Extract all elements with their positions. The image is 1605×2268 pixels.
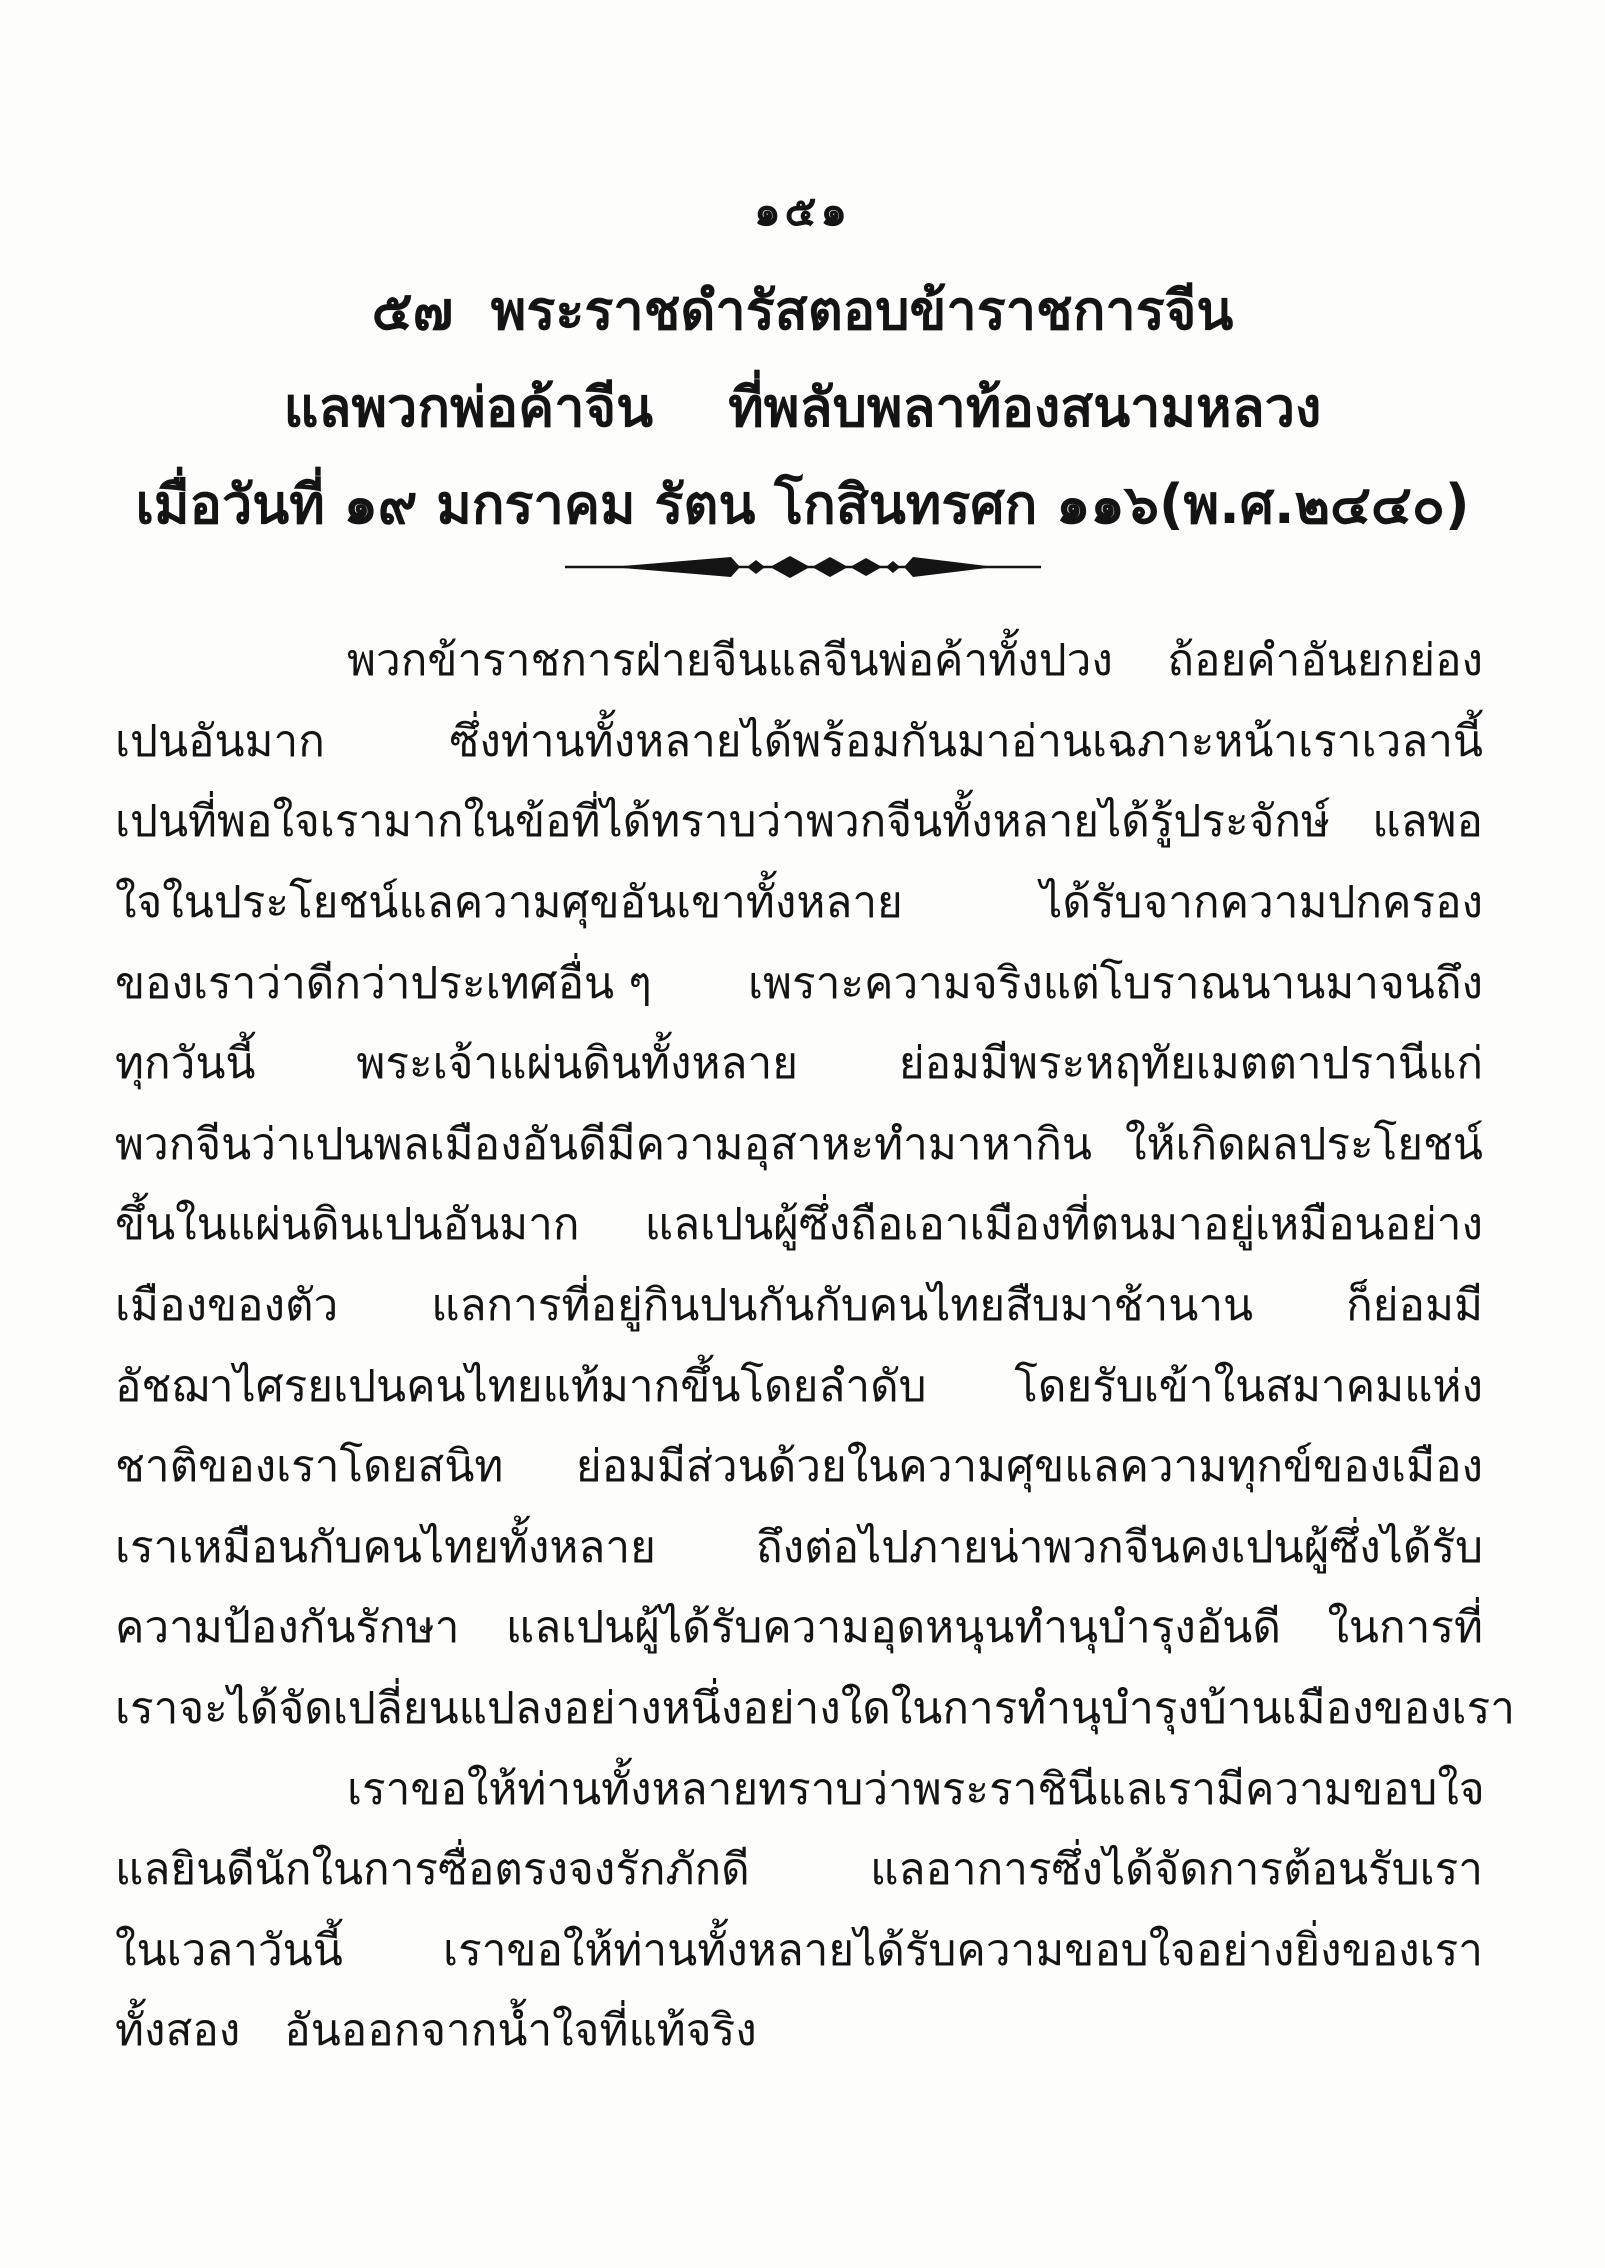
text-segment: เราขอให้ท่านทั้งหลายทราบว่า: [347, 1754, 913, 1824]
body-text-line: อัชฌาไศรยเปนคนไทยแท้มากขึ้นโดยลำดับโดยรั…: [115, 1345, 1483, 1426]
text-segment: อัชฌาไศรยเปนคนไทยแท้มากขึ้นโดยลำดับ: [115, 1351, 927, 1421]
text-segment: ถ้อยคำอันยกย่อง: [1167, 625, 1483, 695]
body-text-line: ทุกวันนี้พระเจ้าแผ่นดินทั้งหลายย่อมมีพระ…: [115, 1023, 1483, 1104]
divider-rule-icon: [563, 552, 1043, 582]
body-text-line: ใจในประโยชน์แลความศุขอันเขาทั้งหลายได้รั…: [115, 862, 1483, 943]
body-text-line: ทั้งสองอันออกจากน้ำใจที่แท้จริง: [115, 1990, 1483, 2071]
text-segment: พระราชินีแลเรามีความขอบใจ: [913, 1754, 1485, 1824]
text-segment: ในการที่: [1327, 1592, 1483, 1662]
text-segment: ทั้งสอง: [115, 1995, 240, 2065]
text-segment: แลพอ: [1372, 786, 1483, 856]
body-text-line: ขึ้นในแผ่นดินเปนอันมากแลเปนผู้ซึ่งถือเอา…: [115, 1184, 1483, 1265]
text-segment: ก็ย่อมมี: [1346, 1270, 1483, 1340]
body-text-line: พวกข้าราชการฝ่ายจีนแลจีนพ่อค้าทั้งปวงถ้อ…: [115, 620, 1483, 701]
text-segment: เราขอให้ท่านทั้งหลายได้รับความขอบใจอย่าง…: [443, 1915, 1483, 1985]
text-segment: ถึงต่อไปภายน่าพวกจีนคงเปนผู้ซึ่งได้รับ: [756, 1512, 1483, 1582]
document-page: ๑๕๑ ๕๗ พระราชดำรัสตอบข้าราชการจีน แลพวกพ…: [0, 0, 1605, 2268]
text-segment: ซึ่งท่านทั้งหลายได้พร้อมกันมาอ่านเฉภาะหน…: [449, 706, 1483, 776]
text-segment: เพราะความจริงแต่โบราณนานมาจนถึง: [748, 948, 1483, 1018]
body-text-line: เปนที่พอใจเรามากในข้อที่ได้ทราบว่าพวกจีน…: [115, 781, 1483, 862]
text-segment: เมืองของตัว: [115, 1270, 338, 1340]
text-segment: เราจะได้จัดเปลี่ยนแปลงอย่างหนึ่งอย่างใดใ…: [115, 1673, 1515, 1743]
title-line-2: แลพวกพ่อค้าจีน ที่พลับพลาท้องสนามหลวง: [0, 359, 1605, 456]
body-lines: พวกข้าราชการฝ่ายจีนแลจีนพ่อค้าทั้งปวงถ้อ…: [115, 620, 1483, 2071]
title-line-1: ๕๗ พระราชดำรัสตอบข้าราชการจีน: [0, 262, 1605, 359]
text-segment: พวกจีนว่าเปนพลเมืองอันดีมีความอุสาหะทำมา…: [115, 1109, 1092, 1179]
text-segment: ชาติของเราโดยสนิท: [115, 1431, 503, 1501]
text-segment: โดยรับเข้าในสมาคมแห่ง: [1014, 1351, 1483, 1421]
text-segment: ของเราว่าดีกว่าประเทศอื่น ๆ: [115, 948, 652, 1018]
text-segment: พระเจ้าแผ่นดินทั้งหลาย: [356, 1028, 798, 1098]
text-segment: ความป้องกันรักษา: [115, 1592, 459, 1662]
text-segment: แลการที่อยู่กินปนกันกับคนไทยสืบมาช้านาน: [431, 1270, 1253, 1340]
body-text-line: ความป้องกันรักษาแลเปนผู้ได้รับความอุดหนุ…: [115, 1587, 1483, 1668]
text-segment: แลอาการซึ่งได้จัดการต้อนรับเรา: [870, 1834, 1483, 1904]
body-text-line: เปนอันมากซึ่งท่านทั้งหลายได้พร้อมกันมาอ่…: [115, 701, 1483, 782]
text-segment: ในเวลาวันนี้: [115, 1915, 343, 1985]
body-text-line: เราขอให้ท่านทั้งหลายทราบว่าพระราชินีแลเร…: [115, 1748, 1483, 1829]
text-segment: เราเหมือนกับคนไทยทั้งหลาย: [115, 1512, 656, 1582]
text-segment: แลเปนผู้ได้รับความอุดหนุนทำนุบำรุงอันดี: [506, 1592, 1281, 1662]
text-segment: ขึ้นในแผ่นดินเปนอันมาก: [115, 1189, 580, 1259]
body-text-line: ของเราว่าดีกว่าประเทศอื่น ๆเพราะความจริง…: [115, 942, 1483, 1023]
text-segment: แลยินดีนักในการซื่อตรงจงรักภักดี: [115, 1834, 750, 1904]
body-text-line: พวกจีนว่าเปนพลเมืองอันดีมีความอุสาหะทำมา…: [115, 1104, 1483, 1185]
body-text-line: แลยินดีนักในการซื่อตรงจงรักภักดีแลอาการซ…: [115, 1829, 1483, 1910]
text-segment: เปนอันมาก: [115, 706, 325, 776]
text-segment: ย่อมมีพระหฤทัยเมตตาปรานีแก่: [899, 1028, 1483, 1098]
page-number: ๑๕๑: [0, 178, 1605, 244]
body-text-line: ชาติของเราโดยสนิทย่อมมีส่วนด้วยในความศุข…: [115, 1426, 1483, 1507]
text-segment: แลเปนผู้ซึ่งถือเอาเมืองที่ตนมาอยู่เหมือน…: [645, 1189, 1483, 1259]
text-segment: ทุกวันนี้: [115, 1028, 256, 1098]
text-segment: ให้เกิดผลประโยชน์: [1125, 1109, 1483, 1179]
title-block: ๕๗ พระราชดำรัสตอบข้าราชการจีน แลพวกพ่อค้…: [0, 262, 1605, 553]
text-segment: ได้รับจากความปกครอง: [1040, 867, 1483, 937]
text-segment: อันออกจากน้ำใจที่แท้จริง: [284, 1995, 756, 2065]
title-line-3: เมื่อวันที่ ๑๙ มกราคม รัตน โกสินทรศก ๑๑๖…: [0, 456, 1605, 553]
text-segment: พวกข้าราชการฝ่ายจีนแลจีนพ่อค้าทั้งปวง: [347, 625, 1113, 695]
body-text-line: เราเหมือนกับคนไทยทั้งหลายถึงต่อไปภายน่าพ…: [115, 1507, 1483, 1588]
text-segment: ย่อมมีส่วนด้วยในความศุขแลความทุกข์ของเมื…: [576, 1431, 1483, 1501]
body-text-line: เราจะได้จัดเปลี่ยนแปลงอย่างหนึ่งอย่างใดใ…: [115, 1668, 1483, 1749]
ornamental-divider: [0, 552, 1605, 586]
body-text-line: เมืองของตัวแลการที่อยู่กินปนกันกับคนไทยส…: [115, 1265, 1483, 1346]
body-text-line: ในเวลาวันนี้เราขอให้ท่านทั้งหลายได้รับคว…: [115, 1910, 1483, 1991]
text-segment: ใจในประโยชน์แลความศุขอันเขาทั้งหลาย: [115, 867, 903, 937]
text-segment: เปนที่พอใจเรามากในข้อที่ได้ทราบว่าพวกจีน…: [115, 786, 1330, 856]
